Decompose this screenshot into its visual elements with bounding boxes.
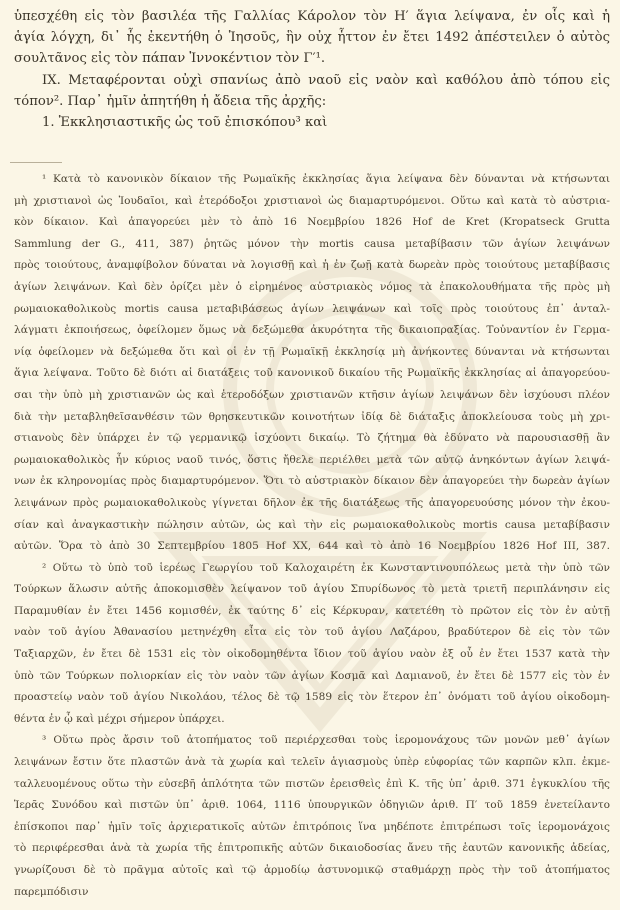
footnote-2-line: Τούρκων ἅλωσιν αὐτῆς ἀποκομισθὲν λείψανο… [14, 579, 610, 601]
footnote-3-line: τὸ περιφέρεσθαι ἀνὰ τὰ χωρία τῆς ἐπιτροπ… [14, 838, 610, 860]
main-text-line: ἁγία λόγχη, δι᾽ ἧς ἐκεντήθη ὁ Ἰησοῦς, ἣν… [14, 27, 610, 48]
footnote-1-line: λειψάνων πρὸς ρωμαιοκαθολικοὺς γίγνεται … [14, 493, 610, 515]
main-text: ὑπεσχέθη εἰς τὸν βασιλέα τῆς Γαλλίας Κάρ… [14, 6, 610, 133]
scanned-page: ὑπεσχέθη εἰς τὸν βασιλέα τῆς Γαλλίας Κάρ… [0, 0, 620, 910]
footnote-3-line: ³ Οὕτω πρὸς ἄρσιν τοῦ ἀτοπήματος τοῦ περ… [14, 730, 610, 752]
footnote-3-line: λειψάνων ἔστιν ὅτε πλαστῶν ἀνὰ τὰ χωρία … [14, 752, 610, 774]
footnote-3-line: ταλλευομένους οὕτω τὴν εὐσεβῆ ἁπλότητα τ… [14, 774, 610, 796]
footnote-3-line: παρεμπόδισιν [14, 882, 610, 904]
list-item-1: 1. Ἐκκλησιαστικῆς ὡς τοῦ ἐπισκόπου³ καὶ [14, 112, 610, 133]
footnote-3-line: γνωρίζουσι δὲ τὸ πρᾶγμα αὐτοῖς καὶ τῷ ἁρ… [14, 860, 610, 882]
footnote-1-line: μὴ χριστιανοὶ ὡς Ἰουδαῖοι, καὶ ἑτερόδοξο… [14, 191, 610, 213]
main-text-line: σουλτᾶνος εἰς τὸν πάπαν Ἰννοκέντιον τὸν … [14, 48, 610, 69]
footnote-1-line: ρωμαιοκαθολικοὺς mortis causa μεταβιβάσε… [14, 299, 610, 321]
footnote-1-line: στιανοὺς δὲν ὑπάρχει ἐν τῷ γερμανικῷ ἰσχ… [14, 428, 610, 450]
section-ix-heading: IX. Μεταφέρονται οὐχὶ σπανίως ἀπὸ ναοῦ ε… [14, 70, 610, 91]
footnote-1-line: λάγματι ἐκποιήσεως, ὀφείλομεν ὅμως νὰ δε… [14, 320, 610, 342]
footnote-1-line: νίᾳ ὀφείλομεν νὰ δεξώμεθα ὅτι καὶ οἱ ἐν … [14, 342, 610, 364]
footnote-1-line: πρὸς τοιούτους, ἀναμφίβολον δύναται νὰ λ… [14, 255, 610, 277]
footnote-1-line: Sammlung der G., 411, 387) ῥητῶς μόνον τ… [14, 234, 610, 256]
footnote-1-line: ρωμαιοκαθολικὸς ἦν κύριος ναοῦ τινός, ὅσ… [14, 450, 610, 472]
footnote-2-line: ναὸν τοῦ ἁγίου Ἀθανασίου μετηνέχθη εἶτα … [14, 622, 610, 644]
footnote-3-line: Ἱερᾶς Συνόδου καὶ πιστῶν ὑπ᾽ ἀριθ. 1064,… [14, 795, 610, 817]
footnote-separator [10, 162, 62, 163]
footnote-1-line: σίαν καὶ ἀναγκαστικὴν πώλησιν αὐτῶν, ὡς … [14, 515, 610, 537]
footnote-1-line: ἅγια λείψανα. Τοῦτο δὲ διότι αἱ διατάξει… [14, 363, 610, 385]
footnote-1-line: αὐτῶν. Ὅρα τὸ ἀπὸ 30 Σεπτεμβρίου 1805 Ho… [14, 536, 610, 558]
footnote-2-line: θέντα ἐν ᾧ καὶ μέχρι σήμερον ὑπάρχει. [14, 709, 610, 731]
footnote-2-line: προαστείῳ ναὸν τοῦ ἁγίου Νικολάου, τέλος… [14, 687, 610, 709]
footnote-1-line: νων ἐκ κληρονομίας πρὸς διαμαρτυρόμενον.… [14, 471, 610, 493]
footnote-1-line: διὰ τὴν μεταβληθεῖσανθέσιν τῶν θρησκευτι… [14, 407, 610, 429]
footnote-2-line: ὑπὸ τῶν Τούρκων πολιορκίαν εἰς τὸν ναὸν … [14, 666, 610, 688]
footnote-1-line: ¹ Κατὰ τὸ κανονικὸν δίκαιον τῆς Ρωμαϊκῆς… [14, 169, 610, 191]
main-text-line: τόπον². Παρ᾽ ἡμῖν ἀπητήθη ἡ ἄδεια τῆς ἀρ… [14, 91, 610, 112]
footnote-1-line: ἁγίων λειψάνων. Καὶ δὲν ὁρίζει μὲν ὁ εἰρ… [14, 277, 610, 299]
footnote-3-line: ἐπίσκοποι παρ᾽ ἡμῖν τοῖς ἀρχιερατικοῖς α… [14, 817, 610, 839]
footnote-1-line: σαι τὴν ὑπὸ μὴ χριστιανῶν ὡς καὶ ἑτεροδό… [14, 385, 610, 407]
footnote-2-line: ² Οὕτω τὸ ὑπὸ τοῦ ἱερέως Γεωργίου τοῦ Κα… [14, 558, 610, 580]
footnotes: ¹ Κατὰ τὸ κανονικὸν δίκαιον τῆς Ρωμαϊκῆς… [14, 169, 610, 903]
footnote-2-line: Παραμυθίαν ἐν ἔτει 1456 κομισθέν, ἐκ ταύ… [14, 601, 610, 623]
main-text-line: ὑπεσχέθη εἰς τὸν βασιλέα τῆς Γαλλίας Κάρ… [14, 6, 610, 27]
footnote-1-line: κὸν δίκαιον. Καὶ ἀπαγορεύει μὲν τὸ ἀπὸ 1… [14, 212, 610, 234]
footnote-2-line: Ταξιαρχῶν, ἐν ἔτει δὲ 1531 εἰς τὸν οἰκοδ… [14, 644, 610, 666]
